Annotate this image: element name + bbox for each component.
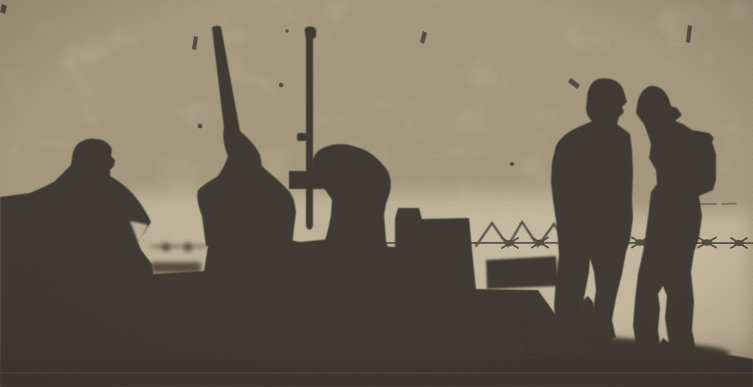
newspaper-photo: Halftone newspaper photograph: soldiers …	[0, 0, 753, 387]
photo-canvas: Halftone newspaper photograph: soldiers …	[0, 0, 753, 387]
vignette	[0, 0, 753, 387]
